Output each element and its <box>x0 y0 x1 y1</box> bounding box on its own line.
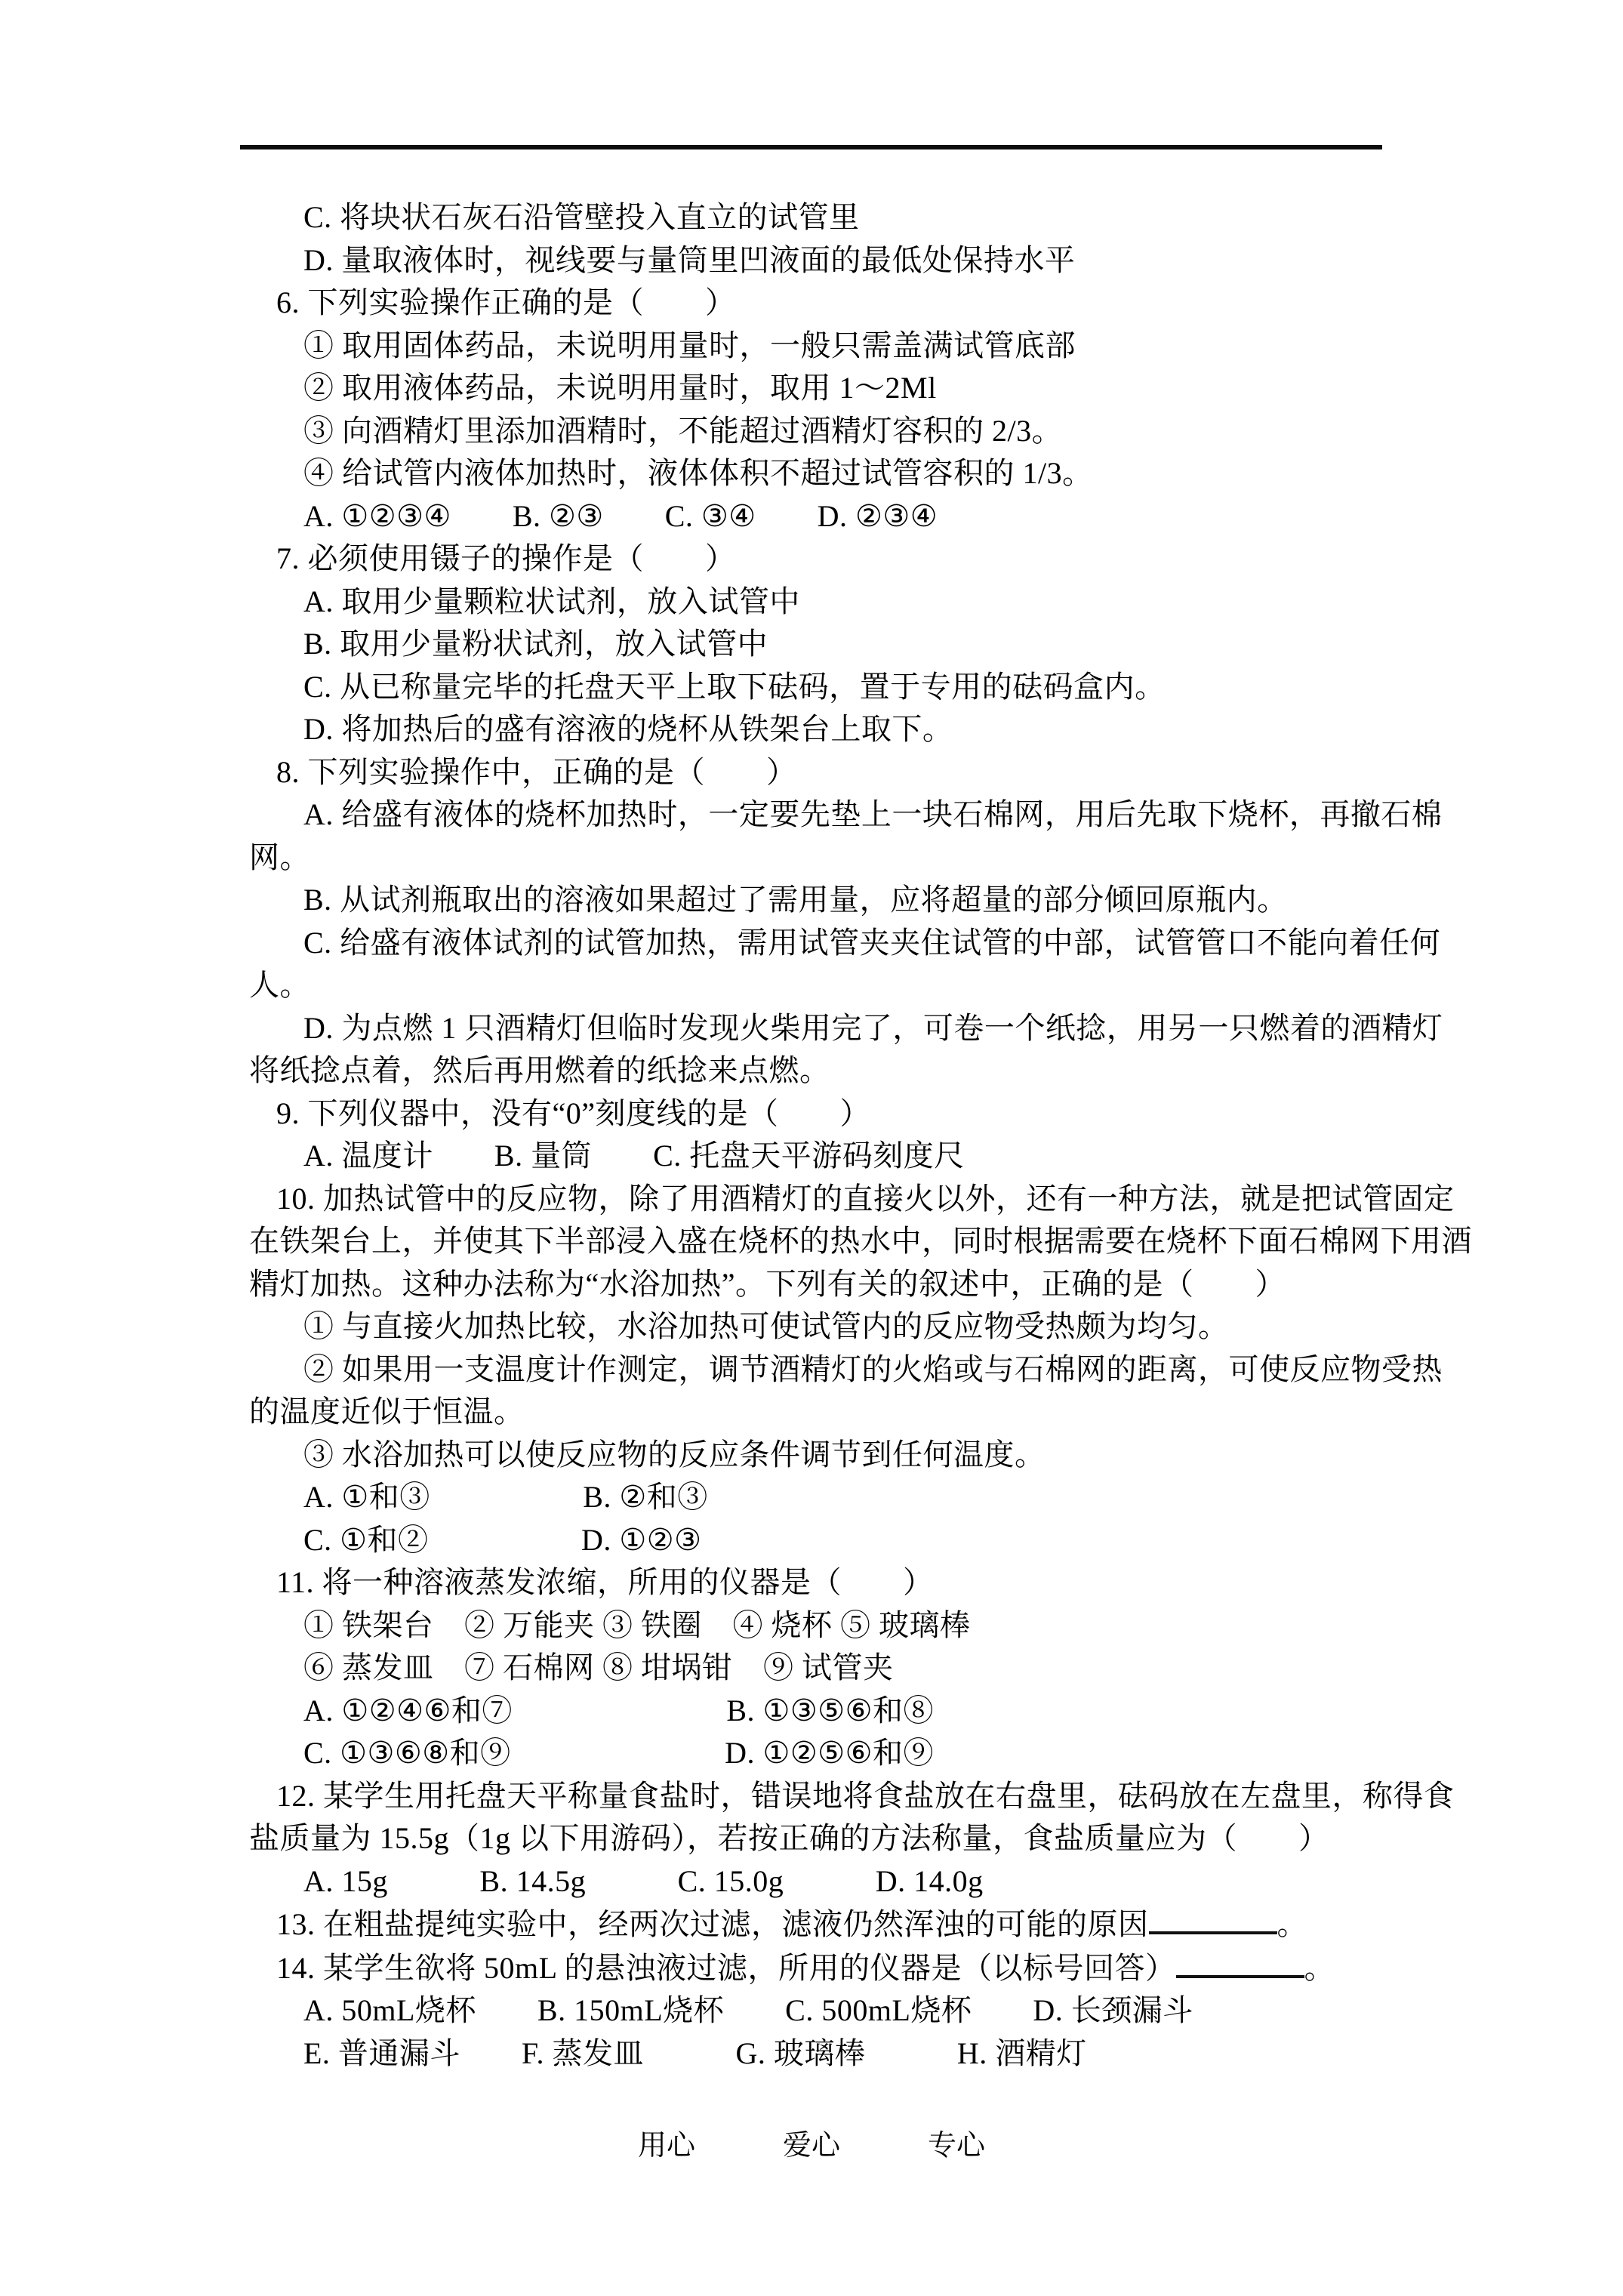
option-line: A. 温度计 B. 量筒 C. 托盘天平游码刻度尺 <box>240 1135 1387 1178</box>
worksheet-body: C. 将块状石灰石沿管壁投入直立的试管里 D. 量取液体时，视线要与量筒里凹液面… <box>240 196 1387 2075</box>
option-line: A. ①②③④ B. ②③ C. ③④ D. ②③④ <box>240 495 1387 538</box>
numbered-item-line: ⑥ 蒸发皿 ⑦ 石棉网 ⑧ 坩埚钳 ⑨ 试管夹 <box>240 1647 1387 1690</box>
option-line: C. 将块状石灰石沿管壁投入直立的试管里 <box>240 196 1387 239</box>
question-line: 10. 加热试管中的反应物，除了用酒精灯的直接火以外，还有一种方法，就是把试管固… <box>240 1178 1387 1221</box>
period: 。 <box>1277 1907 1308 1941</box>
option-line: A. ①②④⑥和⑦ B. ①③⑤⑥和⑧ <box>240 1690 1387 1733</box>
numbered-item-line: ① 铁架台 ② 万能夹 ③ 铁圈 ④ 烧杯 ⑤ 玻璃棒 <box>240 1604 1387 1647</box>
text-continuation-line: 网。 <box>240 837 1387 880</box>
answer-blank <box>1176 1946 1304 1978</box>
option-line: A. 50mL烧杯 B. 150mL烧杯 C. 500mL烧杯 D. 长颈漏斗 <box>240 1989 1387 2032</box>
footer-motto: 专心 <box>928 2128 985 2164</box>
question-line: 11. 将一种溶液蒸发浓缩，所用的仪器是（ ） <box>240 1561 1387 1604</box>
answer-blank <box>1149 1903 1277 1934</box>
question-line: 7. 必须使用镊子的操作是（ ） <box>240 538 1387 581</box>
option-line: B. 从试剂瓶取出的溶液如果超过了需用量，应将超量的部分倾回原瓶内。 <box>240 879 1387 922</box>
period: 。 <box>1304 1951 1335 1985</box>
page-footer: 用心 爱心 专心 <box>0 2128 1623 2164</box>
option-line: D. 将加热后的盛有溶液的烧杯从铁架台上取下。 <box>240 708 1387 751</box>
text-continuation-line: 的温度近似于恒温。 <box>240 1391 1387 1434</box>
question-text: 14. 某学生欲将 50mL 的悬浊液过滤，所用的仪器是（以标号回答） <box>276 1951 1176 1985</box>
option-line: A. 取用少量颗粒状试剂，放入试管中 <box>240 581 1387 624</box>
numbered-item-line: ③ 水浴加热可以使反应物的反应条件调节到任何温度。 <box>240 1434 1387 1477</box>
option-line: D. 为点燃 1 只酒精灯但临时发现火柴用完了，可卷一个纸捻，用另一只燃着的酒精… <box>240 1007 1387 1050</box>
question-line: 9. 下列仪器中，没有“0”刻度线的是（ ） <box>240 1093 1387 1136</box>
text-continuation-line: 将纸捻点着，然后再用燃着的纸捻来点燃。 <box>240 1049 1387 1093</box>
footer-motto: 用心 <box>638 2128 695 2164</box>
question-line: 13. 在粗盐提纯实验中，经两次过滤，滤液仍然浑浊的可能的原因。 <box>240 1903 1387 1946</box>
numbered-item-line: ③ 向酒精灯里添加酒精时，不能超过酒精灯容积的 2/3。 <box>240 410 1387 453</box>
option-line: C. 给盛有液体试剂的试管加热，需用试管夹夹住试管的中部，试管管口不能向着任何 <box>240 922 1387 965</box>
question-text: 13. 在粗盐提纯实验中，经两次过滤，滤液仍然浑浊的可能的原因 <box>276 1907 1149 1941</box>
text-continuation-line: 人。 <box>240 964 1387 1007</box>
option-line: E. 普通漏斗 F. 蒸发皿 G. 玻璃棒 H. 酒精灯 <box>240 2032 1387 2076</box>
option-line: D. 量取液体时，视线要与量筒里凹液面的最低处保持水平 <box>240 239 1387 282</box>
option-line: B. 取用少量粉状试剂，放入试管中 <box>240 623 1387 666</box>
top-rule <box>240 145 1382 149</box>
numbered-item-line: ② 如果用一支温度计作测定，调节酒精灯的火焰或与石棉网的距离，可使反应物受热 <box>240 1348 1387 1391</box>
numbered-item-line: ① 取用固体药品，未说明用量时，一般只需盖满试管底部 <box>240 325 1387 368</box>
question-line: 6. 下列实验操作正确的是（ ） <box>240 282 1387 325</box>
option-line: A. ①和③ B. ②和③ <box>240 1476 1387 1519</box>
option-line: A. 给盛有液体的烧杯加热时，一定要先垫上一块石棉网，用后先取下烧杯，再撤石棉 <box>240 794 1387 837</box>
footer-motto: 爱心 <box>783 2128 840 2164</box>
numbered-item-line: ② 取用液体药品，未说明用量时，取用 1～2Ml <box>240 367 1387 410</box>
option-line: A. 15g B. 14.5g C. 15.0g D. 14.0g <box>240 1860 1387 1903</box>
option-line: C. 从已称量完毕的托盘天平上取下砝码，置于专用的砝码盒内。 <box>240 666 1387 709</box>
numbered-item-line: ① 与直接火加热比较，水浴加热可使试管内的反应物受热颇为均匀。 <box>240 1305 1387 1348</box>
question-line: 8. 下列实验操作中，正确的是（ ） <box>240 751 1387 794</box>
text-continuation-line: 盐质量为 15.5g（1g 以下用游码），若按正确的方法称量，食盐质量应为（ ） <box>240 1817 1387 1860</box>
text-continuation-line: 精灯加热。这种办法称为“水浴加热”。下列有关的叙述中，正确的是（ ） <box>240 1263 1387 1306</box>
option-line: C. ①③⑥⑧和⑨ D. ①②⑤⑥和⑨ <box>240 1732 1387 1775</box>
question-line: 14. 某学生欲将 50mL 的悬浊液过滤，所用的仪器是（以标号回答）。 <box>240 1946 1387 1990</box>
text-continuation-line: 在铁架台上，并使其下半部浸入盛在烧杯的热水中，同时根据需要在烧杯下面石棉网下用酒 <box>240 1220 1387 1263</box>
question-line: 12. 某学生用托盘天平称量食盐时，错误地将食盐放在右盘里，砝码放在左盘里，称得… <box>240 1775 1387 1818</box>
numbered-item-line: ④ 给试管内液体加热时，液体体积不超过试管容积的 1/3。 <box>240 452 1387 495</box>
option-line: C. ①和② D. ①②③ <box>240 1519 1387 1562</box>
